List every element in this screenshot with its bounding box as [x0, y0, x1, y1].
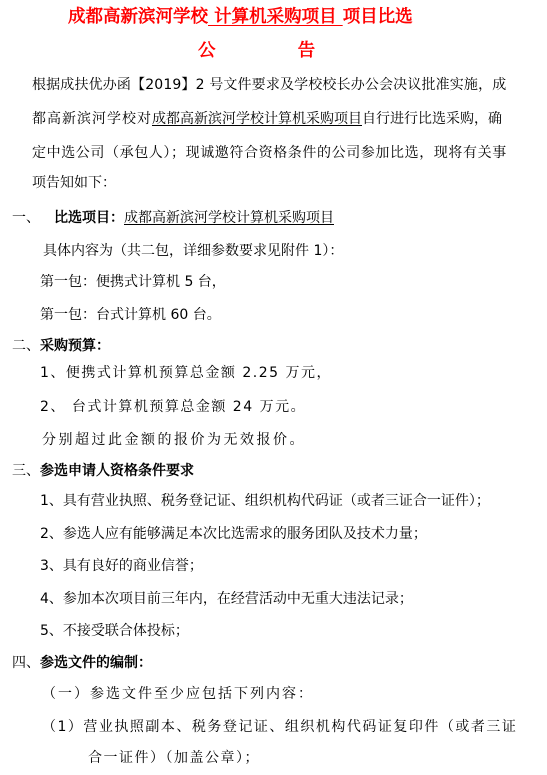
- intro-line-1: 根据成扶优办函【2019】2 号文件要求及学校校长办公会决议批准实施，成: [32, 76, 506, 94]
- package-2: 第一包：台式计算机 60 台。: [40, 306, 221, 324]
- qualification-4: 4、参加本次项目前三年内，在经营活动中无重大违法记录；: [40, 590, 413, 608]
- section-4-heading: 四、参选文件的编制：: [12, 654, 152, 672]
- section-1-label: 比选项目：: [54, 210, 124, 226]
- notice-char-1: 公: [198, 41, 216, 61]
- section-3-label: 参选申请人资格条件要求: [40, 463, 194, 479]
- intro-line-2-prefix: 都高新滨河学校对: [32, 111, 152, 127]
- section-2-number: 二、: [12, 338, 40, 354]
- section-4-item-1-line-2: 合一证件）（加盖公章）；: [88, 749, 260, 767]
- title-school: 成都高新滨河学校: [68, 7, 208, 27]
- notice-heading: 公 告: [198, 40, 315, 62]
- section-4-number: 四、: [12, 655, 40, 671]
- section-1-heading: 一、比选项目：成都高新滨河学校计算机采购项目: [12, 209, 334, 227]
- intro-line-2-suffix: 自行进行比选采购，确: [362, 111, 502, 127]
- budget-item-1: 1、便携式计算机预算总金额 2.25 万元，: [40, 364, 332, 382]
- budget-item-2: 2、 台式计算机预算总金额 24 万元。: [40, 398, 306, 416]
- document-title: 成都高新滨河学校 计算机采购项目 项目比选: [68, 6, 413, 28]
- intro-project-link: 成都高新滨河学校计算机采购项目: [152, 111, 362, 127]
- section-2-label: 采购预算：: [40, 338, 110, 354]
- intro-line-3: 定中选公司（承包人）；现诚邀符合资格条件的公司参加比选，现将有关事: [32, 144, 507, 162]
- section-3-number: 三、: [12, 463, 40, 479]
- qualification-2: 2、参选人应有能够满足本次比选需求的服务团队及技术力量；: [40, 525, 427, 543]
- section-2-heading: 二、采购预算：: [12, 337, 110, 355]
- notice-char-2: 告: [298, 41, 316, 61]
- title-suffix: 项目比选: [343, 7, 413, 27]
- qualification-5: 5、不接受联合体投标；: [40, 622, 189, 640]
- qualification-1: 1、具有营业执照、税务登记证、组织机构代码证（或者三证合一证件）；: [40, 492, 490, 510]
- section-1-detail: 具体内容为（共二包，详细参数要求见附件 1）：: [43, 242, 343, 260]
- budget-note: 分别超过此金额的报价为无效报价。: [42, 431, 306, 449]
- intro-line-4: 项告知如下：: [32, 174, 116, 192]
- section-4-label: 参选文件的编制：: [40, 655, 152, 671]
- qualification-3: 3、具有良好的商业信誉；: [40, 557, 203, 575]
- section-4-item-1-line-1: （1）营业执照副本、税务登记证、组织机构代码证复印件（或者三证: [42, 718, 517, 736]
- section-1-number: 一、: [12, 210, 40, 226]
- title-project-underlined: 计算机采购项目: [208, 7, 343, 27]
- intro-line-2: 都高新滨河学校对成都高新滨河学校计算机采购项目自行进行比选采购，确: [32, 110, 502, 128]
- section-4-sub-1: （一）参选文件至少应包括下列内容：: [42, 685, 314, 703]
- section-3-heading: 三、参选申请人资格条件要求: [12, 462, 194, 480]
- section-1-project: 成都高新滨河学校计算机采购项目: [124, 210, 334, 226]
- package-1: 第一包：便携式计算机 5 台，: [40, 273, 226, 291]
